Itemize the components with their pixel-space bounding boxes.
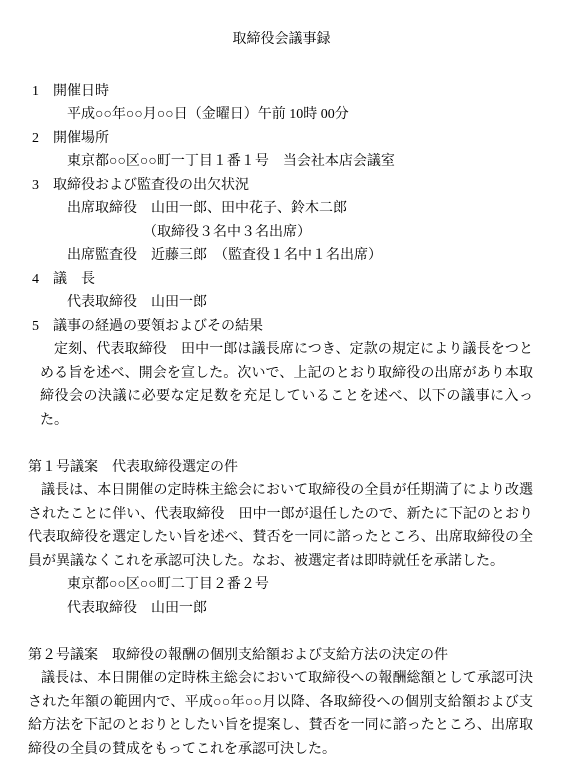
section-number: 2	[32, 127, 53, 151]
section-heading-row: 2開催場所	[32, 127, 563, 151]
proposal-detail-line: 東京都○○区○○町二丁目２番２号	[67, 573, 563, 597]
section-heading-row: 3取締役および監査役の出欠状況	[32, 174, 563, 198]
section-heading-row: 5議事の経過の要領およびその結果	[32, 315, 563, 339]
section-venue: 2開催場所 東京都○○区○○町一丁目１番１号 当会社本店会議室	[0, 127, 563, 174]
proposal-paragraph: 議長は、本日開催の定時株主総会において取締役への報酬総額として承認可決された年額…	[28, 667, 533, 761]
section-heading: 議事の経過の要領およびその結果	[53, 319, 263, 334]
section-detail-line: 東京都○○区○○町一丁目１番１号 当会社本店会議室	[67, 150, 563, 174]
proposal-heading: 第２号議案 取締役の報酬の個別支給額および支給方法の決定の件	[28, 644, 563, 668]
section-chairman: 4議 長 代表取締役 山田一郎	[0, 268, 563, 315]
section-heading-row: 1開催日時	[32, 80, 563, 104]
section-number: 5	[32, 315, 53, 339]
section-heading-row: 4議 長	[32, 268, 563, 292]
section-heading: 議 長	[53, 272, 95, 287]
proposal-paragraph: 議長は、本日開催の定時株主総会において取締役の全員が任期満了により改選されたこと…	[28, 479, 533, 573]
document-title: 取締役会議事録	[0, 28, 563, 52]
section-detail-line: 代表取締役 山田一郎	[67, 291, 563, 315]
section-proceedings: 5議事の経過の要領およびその結果 定刻、代表取締役 田中一郎は議長席につき、定款…	[0, 315, 563, 433]
section-paragraph: 定刻、代表取締役 田中一郎は議長席につき、定款の規定により議長をつとめる旨を述べ…	[40, 338, 533, 432]
proposal-detail-line: 代表取締役 山田一郎	[67, 597, 563, 621]
proposal-2: 第２号議案 取締役の報酬の個別支給額および支給方法の決定の件 議長は、本日開催の…	[0, 644, 563, 762]
proposal-heading: 第１号議案 代表取締役選定の件	[28, 456, 563, 480]
section-heading: 開催場所	[53, 131, 109, 146]
section-number: 3	[32, 174, 53, 198]
section-number: 4	[32, 268, 53, 292]
section-number: 1	[32, 80, 53, 104]
section-detail-line: 平成○○年○○月○○日（金曜日）午前 10時 00分	[67, 103, 563, 127]
minutes-page: 取締役会議事録 1開催日時 平成○○年○○月○○日（金曜日）午前 10時 00分…	[0, 0, 563, 780]
section-heading: 取締役および監査役の出欠状況	[53, 178, 249, 193]
section-attendance: 3取締役および監査役の出欠状況 出席取締役 山田一郎、田中花子、鈴木二郎 （取締…	[0, 174, 563, 268]
section-heading: 開催日時	[53, 84, 109, 99]
section-opening-datetime: 1開催日時 平成○○年○○月○○日（金曜日）午前 10時 00分	[0, 80, 563, 127]
section-detail-line: （取締役３名中３名出席）	[143, 221, 563, 245]
section-detail-line: 出席監査役 近藤三郎 （監査役１名中１名出席）	[67, 244, 563, 268]
section-detail-line: 出席取締役 山田一郎、田中花子、鈴木二郎	[67, 197, 563, 221]
proposal-1: 第１号議案 代表取締役選定の件 議長は、本日開催の定時株主総会において取締役の全…	[0, 456, 563, 621]
